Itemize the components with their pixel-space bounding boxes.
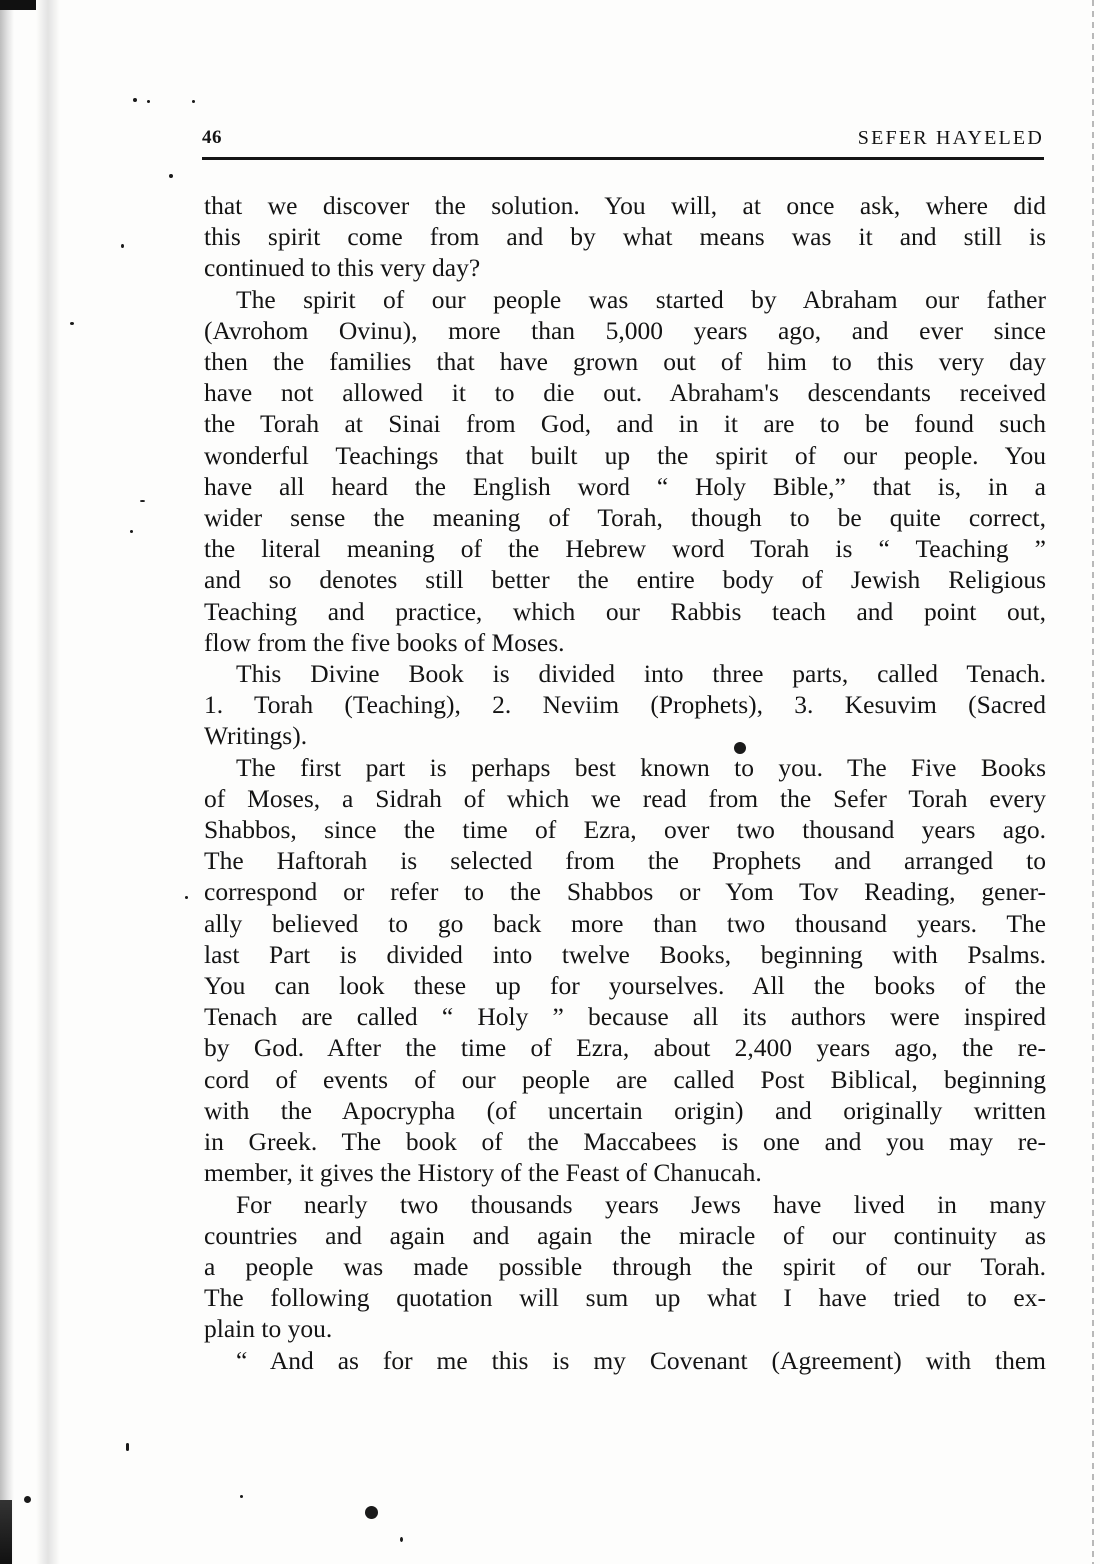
page-number: 46 (202, 127, 222, 149)
scan-speck (130, 530, 133, 533)
text-line: ally believed to go back more than two t… (204, 908, 1046, 939)
scan-speck (133, 98, 137, 102)
scan-speck (400, 1537, 403, 1542)
text-line: cord of events of our people are called … (204, 1064, 1046, 1095)
scan-corner-mark (0, 0, 36, 10)
scan-speck (24, 1496, 31, 1503)
text-line: You can look these up for yourselves. Al… (204, 970, 1046, 1001)
paragraph: The first part is perhaps best known to … (204, 752, 1046, 1189)
text-line: continued to this very day? (204, 252, 1046, 283)
scan-speck (70, 322, 74, 325)
scan-speck (121, 244, 124, 248)
paragraph-quotation: “ And as for me this is my Covenant (Agr… (204, 1345, 1046, 1376)
text-line: This Divine Book is divided into three p… (204, 658, 1046, 689)
scan-speck (365, 1506, 378, 1519)
text-line: in Greek. The book of the Maccabees is o… (204, 1126, 1046, 1157)
text-line: have all heard the English word “ Holy B… (204, 471, 1046, 502)
text-line: and so denotes still better the entire b… (204, 564, 1046, 595)
text-line: Tenach are called “ Holy ” because all i… (204, 1001, 1046, 1032)
text-line: wider sense the meaning of Torah, though… (204, 502, 1046, 533)
text-line: by God. After the time of Ezra, about 2,… (204, 1032, 1046, 1063)
text-line: 1. Torah (Teaching), 2. Neviim (Prophets… (204, 689, 1046, 720)
header-rule (202, 157, 1044, 160)
paragraph: The spirit of our people was started by … (204, 284, 1046, 658)
scan-bottom-left-edge (0, 1500, 12, 1564)
text-line: last Part is divided into twelve Books, … (204, 939, 1046, 970)
text-line: wonderful Teachings that built up the sp… (204, 440, 1046, 471)
text-line: plain to you. (204, 1313, 1046, 1344)
running-head: 46 SEFER HAYELED (202, 127, 1044, 157)
scan-speck (240, 1495, 243, 1498)
text-line: countries and again and again the miracl… (204, 1220, 1046, 1251)
text-line: The following quotation will sum up what… (204, 1282, 1046, 1313)
text-line: The first part is perhaps best known to … (204, 752, 1046, 783)
text-line: Shabbos, since the time of Ezra, over tw… (204, 814, 1046, 845)
scan-speck (185, 896, 188, 899)
text-line: a people was made possible through the s… (204, 1251, 1046, 1282)
paragraph: that we discover the solution. You will,… (204, 190, 1046, 284)
text-line: The spirit of our people was started by … (204, 284, 1046, 315)
scan-right-edge (1092, 0, 1094, 1564)
scan-speck (140, 500, 145, 502)
text-line: (Avrohom Ovinu), more than 5,000 years a… (204, 315, 1046, 346)
text-line: that we discover the solution. You will,… (204, 190, 1046, 221)
text-line: of Moses, a Sidrah of which we read from… (204, 783, 1046, 814)
text-line: the Torah at Sinai from God, and in it a… (204, 408, 1046, 439)
scan-speck (126, 1443, 129, 1451)
scan-speck (192, 100, 195, 103)
paragraph: This Divine Book is divided into three p… (204, 658, 1046, 752)
text-line: this spirit come from and by what means … (204, 221, 1046, 252)
text-line: flow from the five books of Moses. (204, 627, 1046, 658)
text-line: For nearly two thousands years Jews have… (204, 1189, 1046, 1220)
scan-left-edge-shadow (0, 0, 14, 1564)
scan-speck (169, 174, 173, 178)
running-title: SEFER HAYELED (858, 127, 1044, 150)
scan-speck (147, 100, 150, 103)
text-line: member, it gives the History of the Feas… (204, 1157, 1046, 1188)
text-line: correspond or refer to the Shabbos or Yo… (204, 876, 1046, 907)
text-line: have not allowed it to die out. Abraham'… (204, 377, 1046, 408)
book-page: 46 SEFER HAYELED that we discover the so… (0, 0, 1100, 1564)
text-line: then the families that have grown out of… (204, 346, 1046, 377)
text-line: “ And as for me this is my Covenant (Agr… (204, 1345, 1046, 1376)
scan-gutter-smudge (36, 0, 60, 1564)
text-line: with the Apocrypha (of uncertain origin)… (204, 1095, 1046, 1126)
body-text: that we discover the solution. You will,… (204, 190, 1046, 1376)
text-line: Writings). (204, 720, 1046, 751)
text-line: Teaching and practice, which our Rabbis … (204, 596, 1046, 627)
text-line: The Haftorah is selected from the Prophe… (204, 845, 1046, 876)
paragraph: For nearly two thousands years Jews have… (204, 1189, 1046, 1345)
text-line: the literal meaning of the Hebrew word T… (204, 533, 1046, 564)
